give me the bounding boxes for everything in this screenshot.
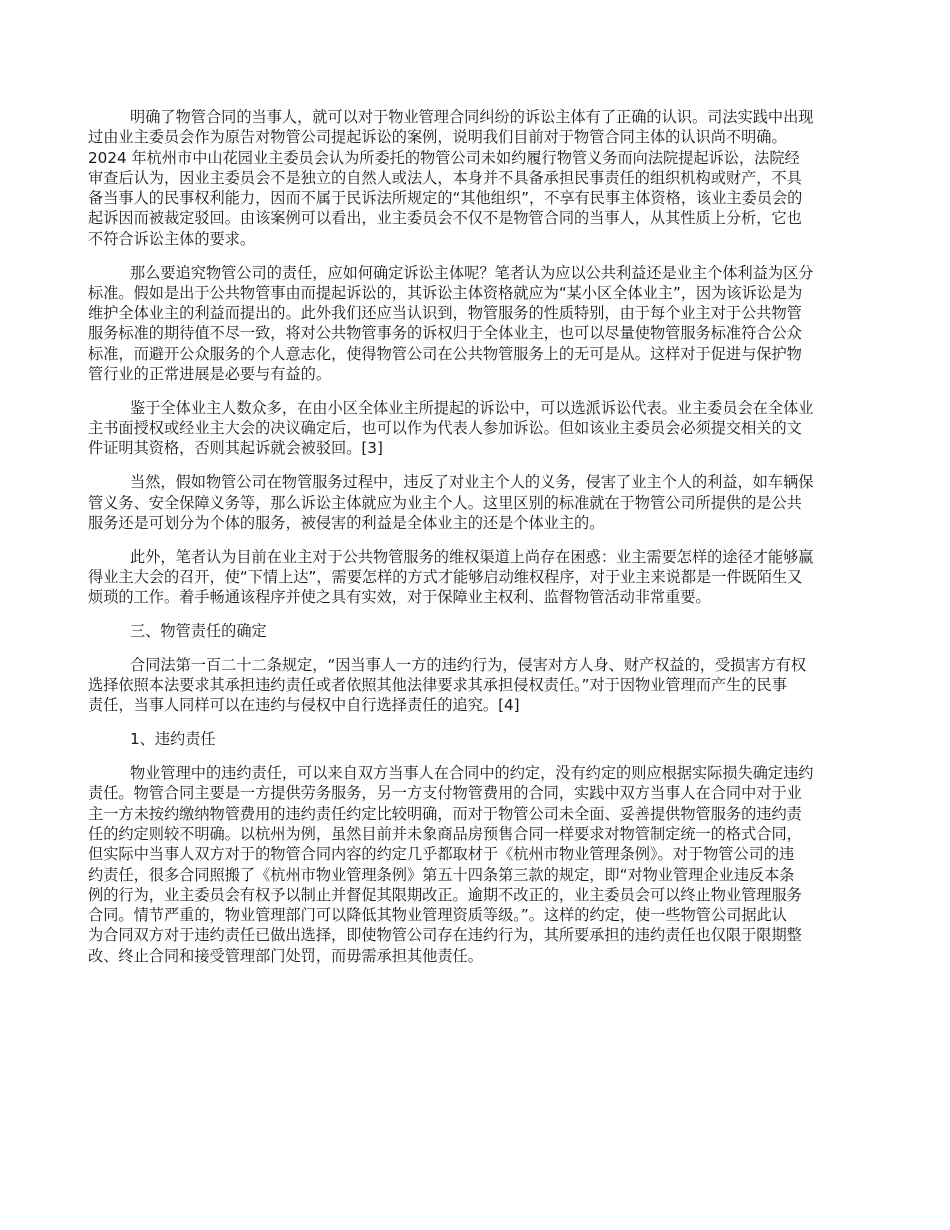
text-line: 鉴于全体业主人数众多，在由小区全体业主所提起的诉讼中，可以选派诉讼代表。业主委员… xyxy=(88,398,863,418)
text-line: 管义务、安全保障义务等，那么诉讼主体就应为业主个人。这里区别的标准就在于物管公司… xyxy=(88,493,863,513)
paragraph-rights-channel: 此外，笔者认为目前在业主对于公共物管服务的维权渠道上尚存在困惑：业主需要怎样的途… xyxy=(88,547,863,608)
text-line: 维护全体业主的利益而提出的。此外我们还应当认识到，物管服务的性质特别，由于每个业… xyxy=(88,303,863,323)
text-line: 2024 年杭州市中山花园业主委员会认为所委托的物管公司未如约履行物管义务而向法… xyxy=(88,148,863,168)
text-line: 为合同双方对于违约责任已做出选择，即使物管公司存在违约行为，其所要承担的违约责任… xyxy=(88,925,863,945)
text-line: 那么要追究物管公司的责任，应如何确定诉讼主体呢？笔者认为应以公共利益还是业主个体… xyxy=(88,263,863,283)
text-line: 服务标准的期待值不尽一致，将对公共物管事务的诉权归于全体业主，也可以尽量使物管服… xyxy=(88,323,863,343)
text-line: 合同法第一百二十二条规定，“因当事人一方的违约行为，侵害对方人身、财产权益的，受… xyxy=(88,655,863,675)
text-line: 不符合诉讼主体的要求。 xyxy=(88,229,863,249)
text-line: 过由业主委员会作为原告对物管公司提起诉讼的案例，说明我们目前对于物管合同主体的认… xyxy=(88,127,863,147)
text-line: 烦琐的工作。着手畅通该程序并使之具有实效，对于保障业主权利、监督物管活动非常重要… xyxy=(88,587,863,607)
subsection-heading-breach: 1、违约责任 xyxy=(88,729,863,749)
text-line: 得业主大会的召开，使“下情上达”，需要怎样的方式才能够启动维权程序，对于业主来说… xyxy=(88,567,863,587)
text-line: 任的约定则较不明确。以杭州为例，虽然目前并未象商品房预售合同一样要求对物管制定统… xyxy=(88,824,863,844)
text-line: 责任。物管合同主要是一方提供劳务服务，另一方支付物管费用的合同，实践中双方当事人… xyxy=(88,783,863,803)
paragraph-breach-liability: 物业管理中的违约责任，可以来自双方当事人在合同中的约定，没有约定的则应根据实际损… xyxy=(88,763,863,966)
text-line: 责任，当事人同样可以在违约与侵权中自行选择责任的追究。[4] xyxy=(88,695,863,715)
text-line: 服务还是可划分为个体的服务，被侵害的利益是全体业主的还是个体业主的。 xyxy=(88,513,863,533)
text-line: 合同。情节严重的，物业管理部门可以降低其物业管理资质等级。”。这样的约定，使一些… xyxy=(88,905,863,925)
text-line: 当然，假如物管公司在物管服务过程中，违反了对业主个人的义务，侵害了业主个人的利益… xyxy=(88,472,863,492)
text-line: 例的行为，业主委员会有权予以制止并督促其限期改正。逾期不改正的，业主委员会可以终… xyxy=(88,885,863,905)
text-line: 标准，而避开公众服务的个人意志化，使得物管公司在公共物管服务上的无可是从。这样对… xyxy=(88,344,863,364)
text-line: 件证明其资格，否则其起诉就会被驳回。[3] xyxy=(88,438,863,458)
heading-text: 1、违约责任 xyxy=(88,729,863,749)
section-heading-liability: 三、物管责任的确定 xyxy=(88,621,863,641)
paragraph-individual-owner: 当然，假如物管公司在物管服务过程中，违反了对业主个人的义务，侵害了业主个人的利益… xyxy=(88,472,863,533)
paragraph-public-interest: 那么要追究物管公司的责任，应如何确定诉讼主体呢？笔者认为应以公共利益还是业主个体… xyxy=(88,263,863,385)
paragraph-litigation-subject: 明确了物管合同的当事人，就可以对于物业管理合同纠纷的诉讼主体有了正确的认识。司法… xyxy=(88,107,863,249)
heading-text: 三、物管责任的确定 xyxy=(88,621,863,641)
text-line: 约责任，很多合同照搬了《杭州市物业管理条例》第五十四条第三款的规定，即“对物业管… xyxy=(88,865,863,885)
text-line: 主书面授权或经业主大会的决议确定后，也可以作为代表人参加诉讼。但如该业主委员会必… xyxy=(88,418,863,438)
document-page: 明确了物管合同的当事人，就可以对于物业管理合同纠纷的诉讼主体有了正确的认识。司法… xyxy=(88,107,863,979)
text-line: 审查后认为，因业主委员会不是独立的自然人或法人，本身并不具备承担民事责任的组织机… xyxy=(88,168,863,188)
paragraph-representative: 鉴于全体业主人数众多，在由小区全体业主所提起的诉讼中，可以选派诉讼代表。业主委员… xyxy=(88,398,863,459)
text-line: 明确了物管合同的当事人，就可以对于物业管理合同纠纷的诉讼主体有了正确的认识。司法… xyxy=(88,107,863,127)
text-line: 备当事人的民事权利能力，因而不属于民诉法所规定的“其他组织”，不享有民事主体资格… xyxy=(88,188,863,208)
text-line: 但实际中当事人双方对于的物管合同内容的约定几乎都取材于《杭州市物业管理条例》。对… xyxy=(88,844,863,864)
text-line: 标准。假如是出于公共物管事由而提起诉讼的，其诉讼主体资格就应为“某小区全体业主”… xyxy=(88,283,863,303)
text-line: 管行业的正常进展是必要与有益的。 xyxy=(88,364,863,384)
text-line: 起诉因而被裁定驳回。由该案例可以看出，业主委员会不仅不是物管合同的当事人，从其性… xyxy=(88,208,863,228)
text-line: 此外，笔者认为目前在业主对于公共物管服务的维权渠道上尚存在困惑：业主需要怎样的途… xyxy=(88,547,863,567)
text-line: 改、终止合同和接受管理部门处罚，而毋需承担其他责任。 xyxy=(88,946,863,966)
paragraph-contract-law: 合同法第一百二十二条规定，“因当事人一方的违约行为，侵害对方人身、财产权益的，受… xyxy=(88,655,863,716)
text-line: 选择依照本法要求其承担违约责任或者依照其他法律要求其承担侵权责任。”对于因物业管… xyxy=(88,675,863,695)
text-line: 物业管理中的违约责任，可以来自双方当事人在合同中的约定，没有约定的则应根据实际损… xyxy=(88,763,863,783)
text-line: 主一方未按约缴纳物管费用的违约责任约定比较明确，而对于物管公司未全面、妥善提供物… xyxy=(88,804,863,824)
